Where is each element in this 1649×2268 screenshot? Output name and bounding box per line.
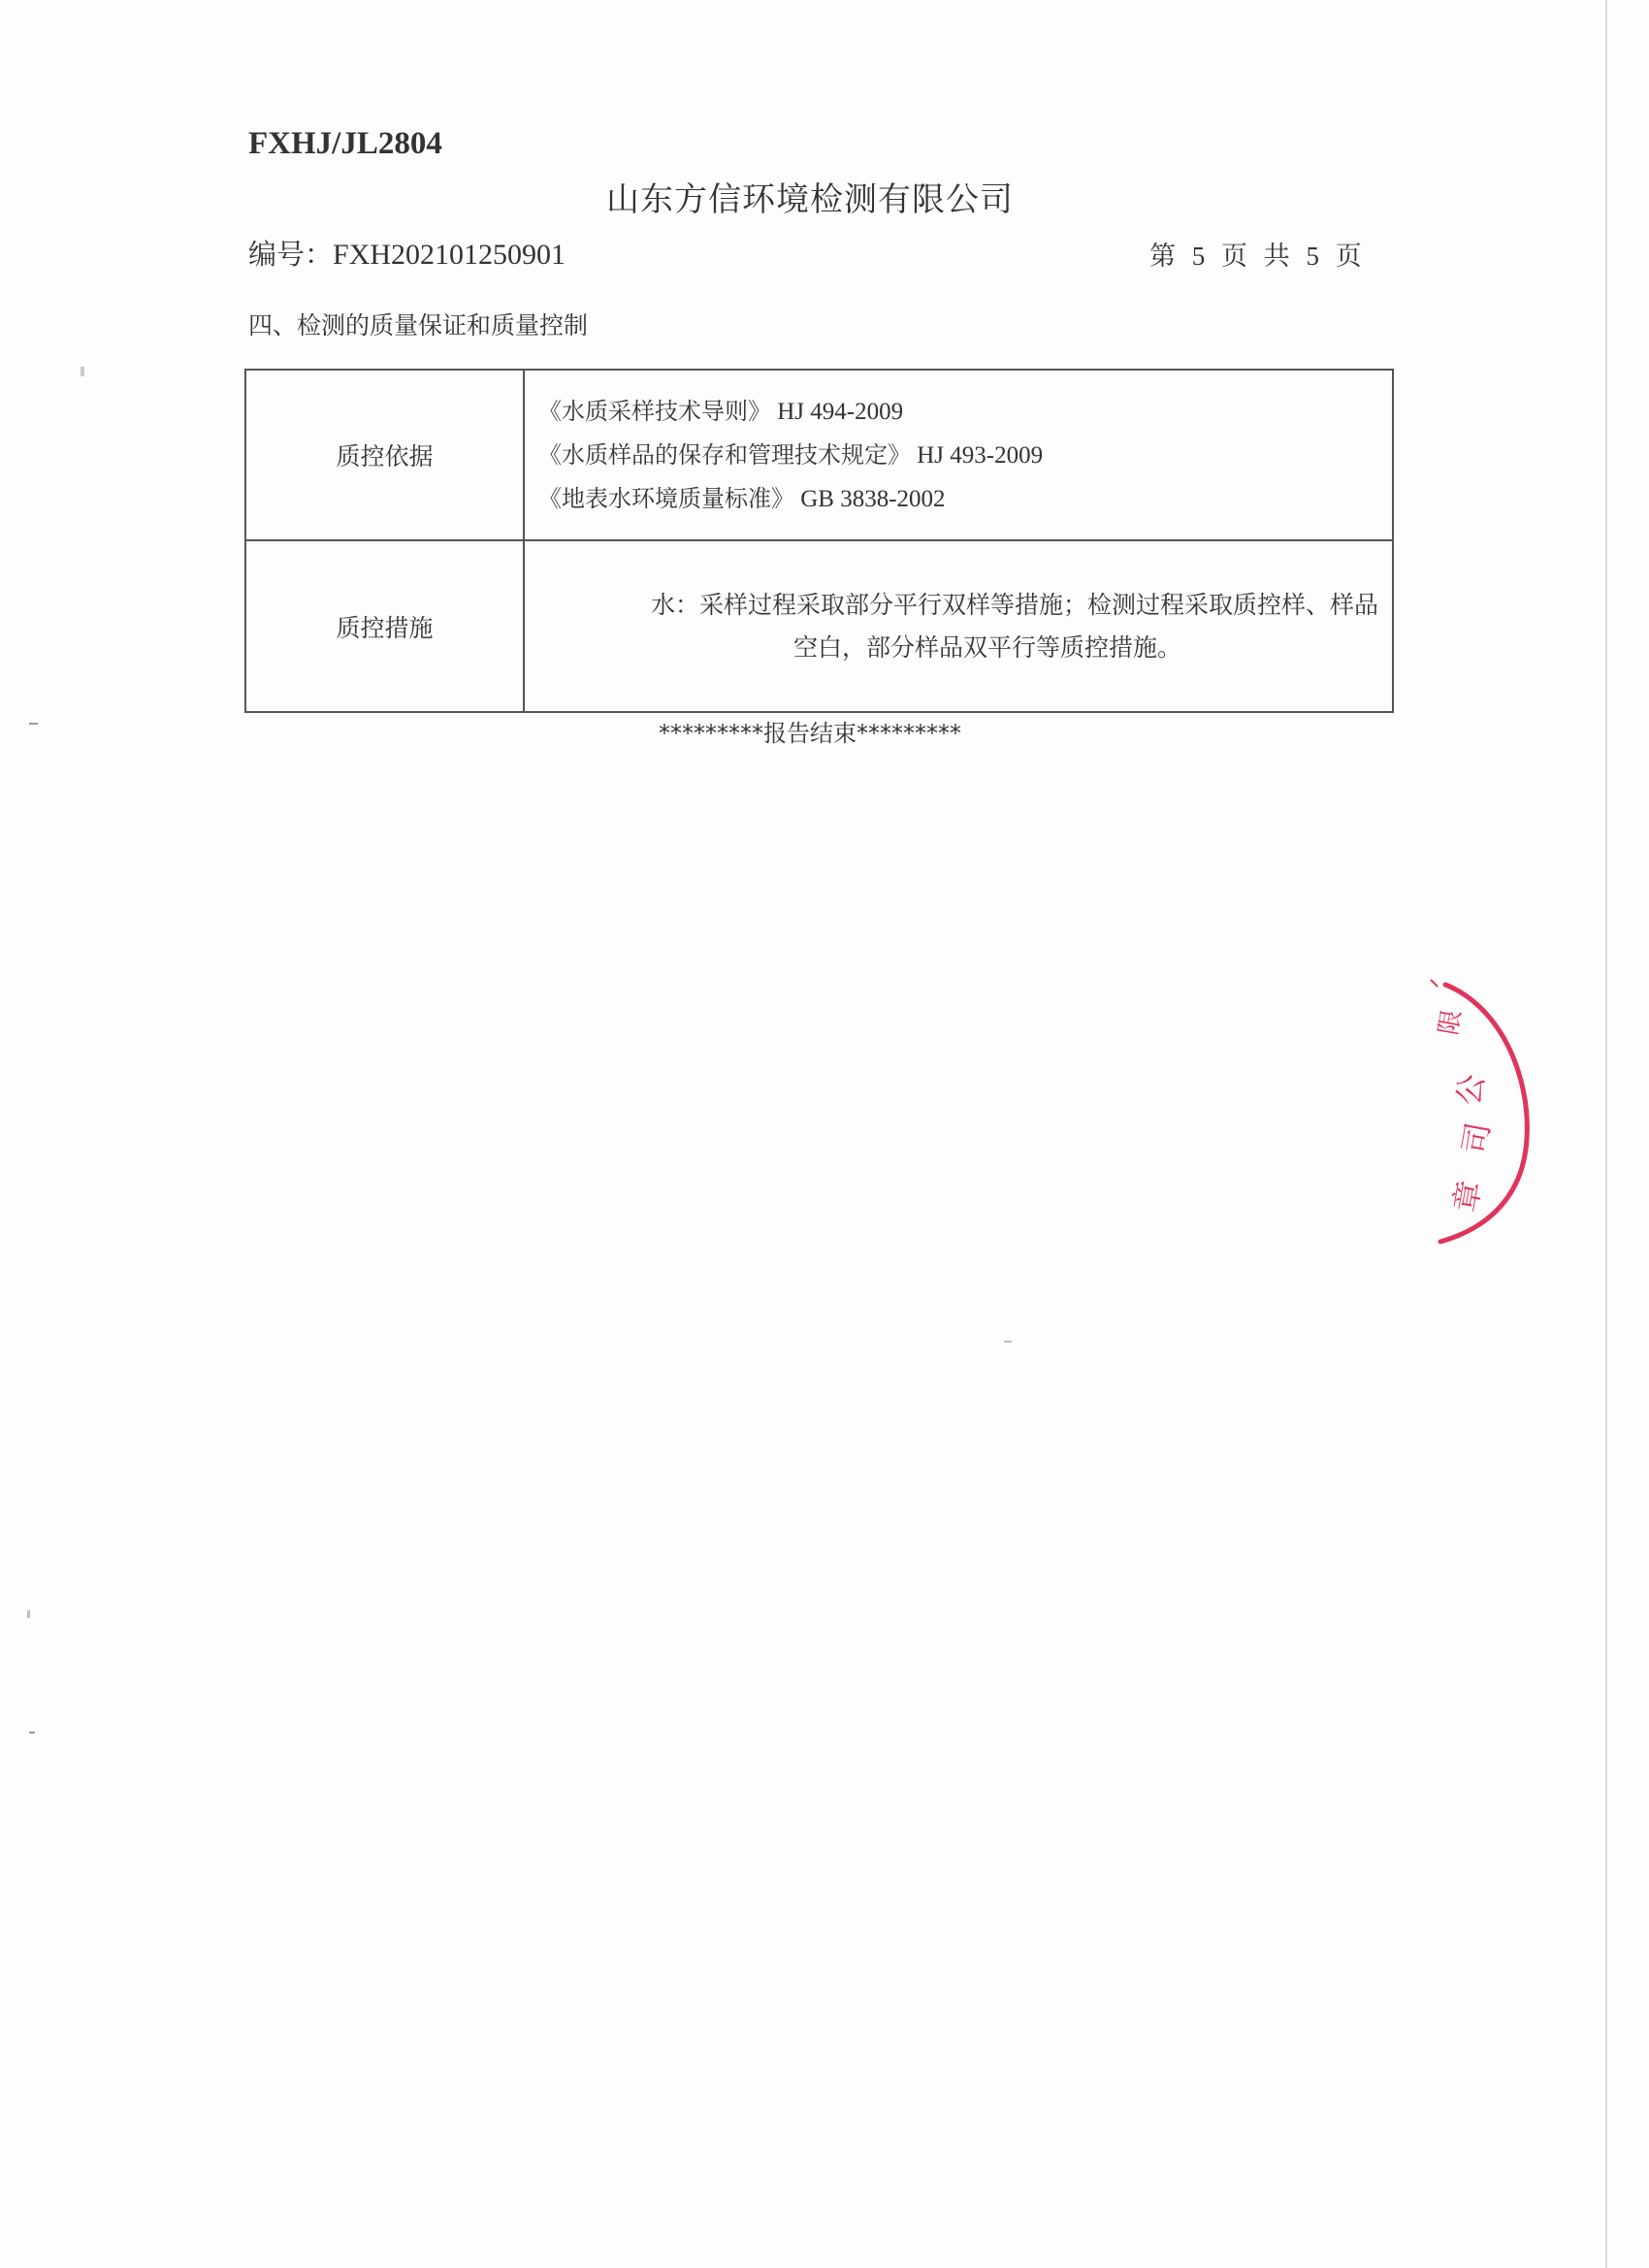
scan-artifact xyxy=(27,1610,30,1618)
document-code: FXHJ/JL2804 xyxy=(248,126,442,162)
row-label-measures: 质控措施 xyxy=(245,540,524,712)
table-row: 质控措施 水：采样过程采取部分平行双样等措施；检测过程采取质控样、样品 空白，部… xyxy=(245,540,1393,712)
qc-basis-standards: 《水质采样技术导则》 HJ 494-2009 《水质样品的保存和管理技术规定》 … xyxy=(524,370,1393,540)
report-number-label: 编号： xyxy=(248,238,333,271)
quality-control-table: 质控依据 《水质采样技术导则》 HJ 494-2009 《水质样品的保存和管理技… xyxy=(244,369,1394,713)
measures-line-1: 水：采样过程采取部分平行双样等措施；检测过程采取质控样、样品 xyxy=(651,591,1378,619)
measures-line-2: 空白，部分样品双平行等质控措施。 xyxy=(538,627,1378,669)
page-edge xyxy=(1605,0,1607,2268)
table-row: 质控依据 《水质采样技术导则》 HJ 494-2009 《水质样品的保存和管理技… xyxy=(245,370,1393,540)
scan-artifact xyxy=(29,723,38,725)
section-title: 四、检测的质量保证和质量控制 xyxy=(248,307,588,341)
row-label-basis: 质控依据 xyxy=(245,370,524,540)
standard-item: 《水质采样技术导则》 HJ 494-2009 xyxy=(538,390,1392,434)
standard-item: 《地表水环境质量标准》 GB 3838-2002 xyxy=(538,477,1392,521)
report-number: 编号：FXH202101250901 xyxy=(248,233,566,273)
scan-artifact xyxy=(1004,1341,1012,1343)
scan-artifact xyxy=(29,1732,35,1733)
qc-measures: 水：采样过程采取部分平行双样等措施；检测过程采取质控样、样品 空白，部分样品双平… xyxy=(524,540,1393,712)
company-seal-stamp: 限 公 司 章 xyxy=(1426,975,1552,1247)
report-number-value: FXH202101250901 xyxy=(333,239,566,271)
report-end-marker: *********报告结束********* xyxy=(0,714,1620,748)
scan-artifact xyxy=(81,367,84,376)
company-name: 山东方信环境检测有限公司 xyxy=(0,173,1620,220)
standard-item: 《水质样品的保存和管理技术规定》 HJ 493-2009 xyxy=(538,434,1392,477)
page-indicator: 第 5 页 共 5 页 xyxy=(1149,235,1362,273)
